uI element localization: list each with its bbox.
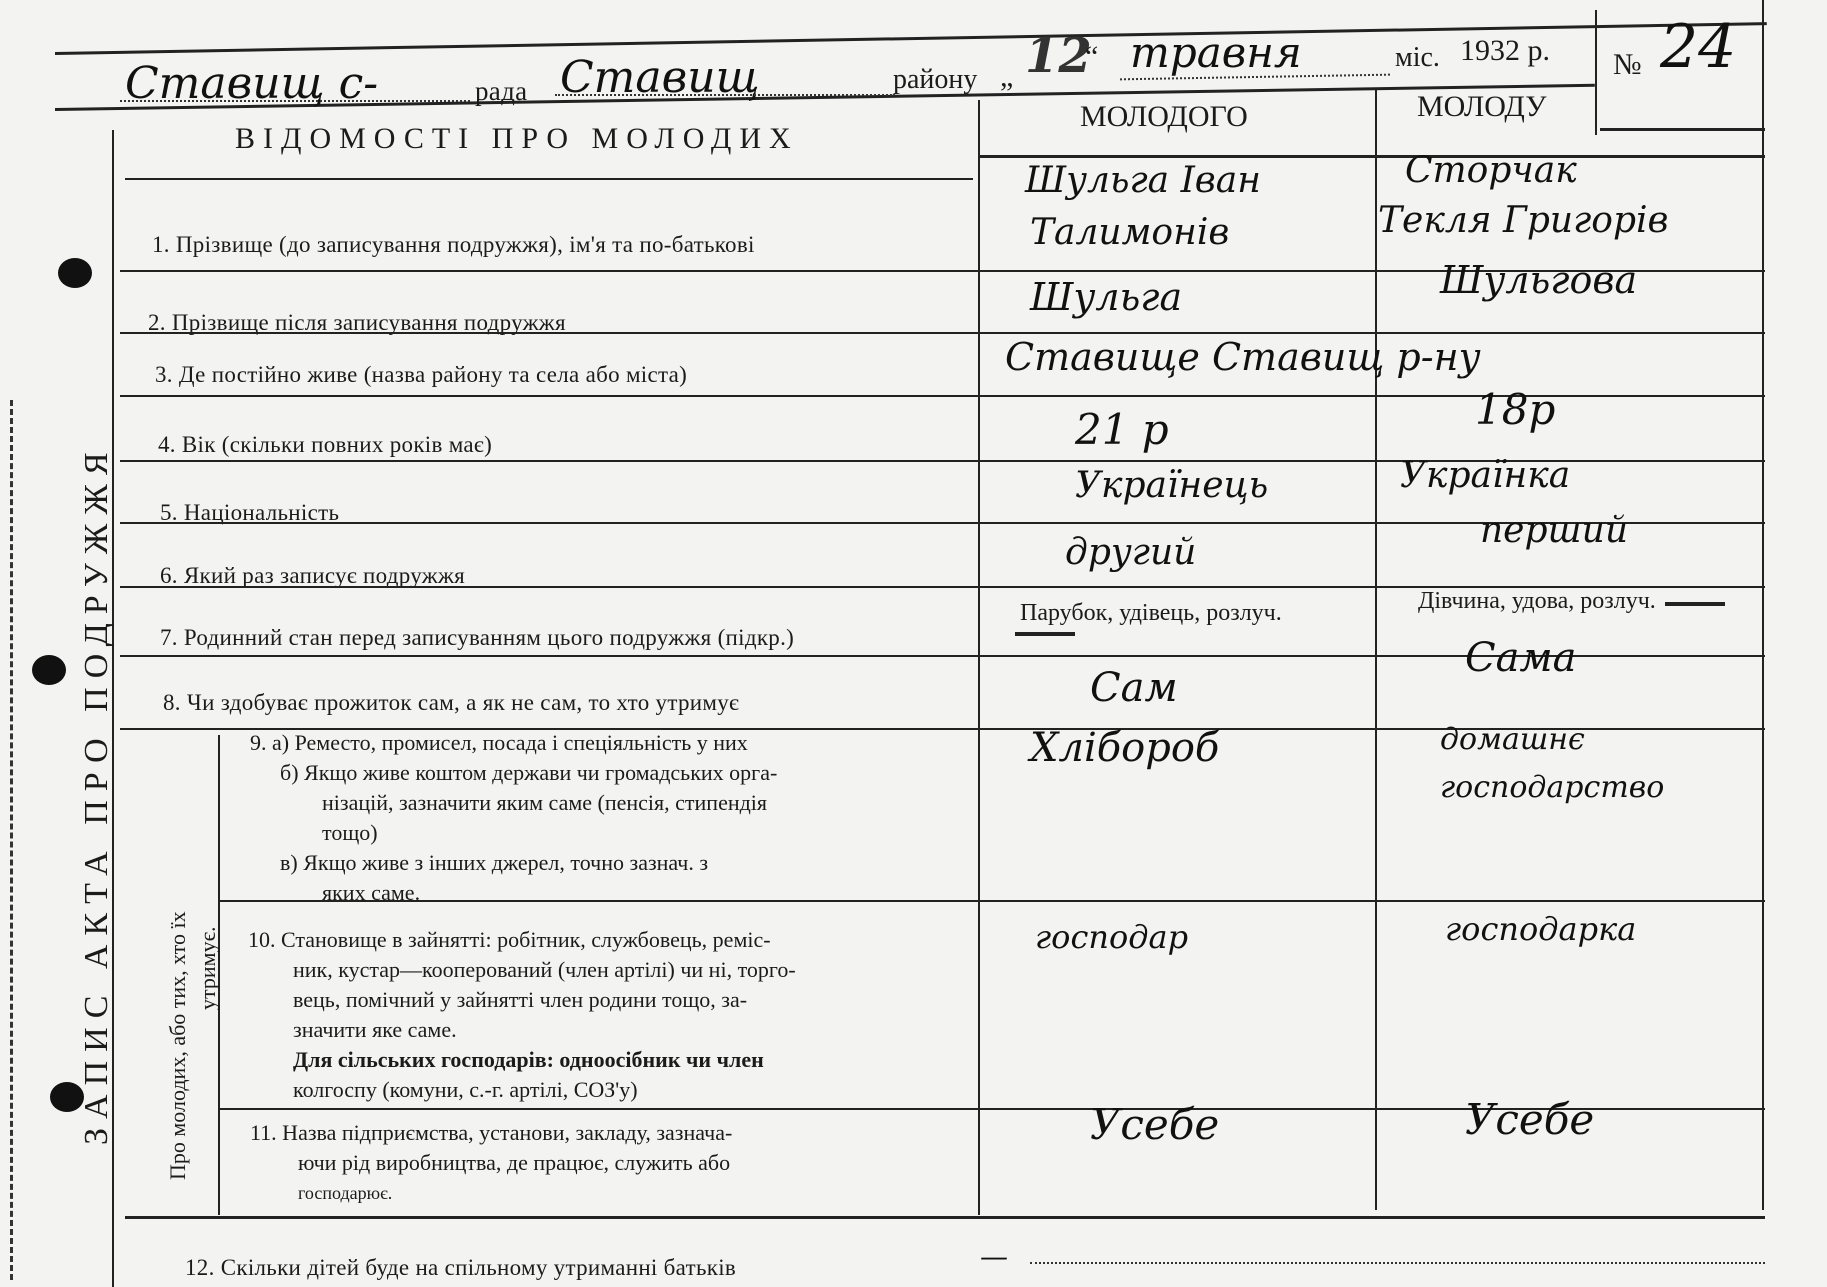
row-3-label: 3. Де постійно живе (назва району та сел…: [155, 362, 687, 388]
bride-marriage-count: перший: [1480, 510, 1628, 551]
row-10-line: вець, помічний у зайнятті член родини то…: [248, 985, 796, 1015]
groom-age: 21 р: [1075, 405, 1169, 454]
row-10-line: 10. Становище в зайнятті: робітник, служ…: [248, 925, 796, 955]
row-9-line: в) Якщо живе з інших джерел, точно зазна…: [250, 848, 777, 878]
groom-name-line1: Шульга Іван: [1025, 160, 1261, 201]
row-9-line: яких саме.: [250, 878, 777, 908]
section-title: ВІДОМОСТІ ПРО МОЛОДИХ: [235, 122, 799, 156]
groom-surname-after: Шульга: [1030, 275, 1182, 319]
form-right-border: [1762, 0, 1764, 1210]
bride-name-line1: Сторчак: [1405, 150, 1577, 191]
bride-occupation-line1: домашнє: [1440, 722, 1585, 757]
row-9-line: тощо): [250, 818, 777, 848]
close-quote: “: [1085, 40, 1098, 74]
record-number-value: 24: [1660, 12, 1736, 82]
groom-marital-status: Парубок, удівець, розлуч.: [1020, 600, 1282, 627]
group-label-line1: Про молодих, або тих, хто їх: [165, 911, 191, 1180]
groom-occupation: Хлібороб: [1030, 725, 1219, 771]
bride-employment-status: господарка: [1445, 910, 1636, 948]
row-10-line: значити яке саме.: [248, 1015, 796, 1045]
month-label: міс.: [1395, 42, 1440, 74]
row-10-line: ник, кустар—кооперований (член артілі) ч…: [248, 955, 796, 985]
groom-nationality: Українець: [1075, 465, 1268, 506]
punch-hole: [58, 258, 92, 288]
row-11-rule: [125, 1216, 1765, 1219]
row-9-label: 9. а) Реместо, промисел, посада і спеція…: [250, 728, 777, 908]
row-11-line: 11. Назва підприємства, установи, заклад…: [250, 1118, 732, 1148]
row-12-value: —: [980, 1240, 1008, 1273]
groom-residence: Ставище Ставищ р-ну: [1005, 335, 1481, 379]
row-2-rule: [120, 332, 1765, 334]
side-title: ЗАПИС АКТА ПРО ПОДРУЖЖЯ: [78, 443, 116, 1145]
groom-status-underline: [1015, 632, 1075, 636]
day-value: 12: [1025, 28, 1092, 84]
bride-name-line2: Текля Григорів: [1378, 200, 1668, 241]
number-box-bottom: [1600, 128, 1765, 131]
row-12-dotted-line: [1030, 1262, 1765, 1264]
groom-employment-status: господар: [1035, 918, 1188, 956]
bride-column-left-border: [1375, 90, 1377, 1210]
perforation-edge: [10, 400, 16, 1280]
row-12-label: 12. Скільки дітей буде на спільному утри…: [185, 1255, 736, 1281]
group-label-line2: утримує.: [195, 926, 221, 1010]
number-label: №: [1613, 48, 1642, 82]
punch-hole: [32, 655, 66, 685]
groom-marriage-count: другий: [1065, 532, 1196, 573]
row-9-line: б) Якщо живе коштом держави чи громадськ…: [250, 758, 777, 788]
rada-label: рада: [475, 76, 527, 107]
row-11-label: 11. Назва підприємства, установи, заклад…: [250, 1118, 732, 1208]
district-dotted-line: [555, 94, 895, 96]
bride-status-underline: [1665, 602, 1725, 606]
row-9-line: нізацій, зазначити яким саме (пенсія, ст…: [250, 788, 777, 818]
bride-age: 18р: [1475, 385, 1555, 434]
row-11-line: ючи рід виробництва, де працює, служить …: [250, 1148, 732, 1178]
row-4-label: 4. Вік (скільки повних років має): [158, 432, 492, 458]
row-7-label: 7. Родинний стан перед записуванням цьог…: [160, 625, 794, 651]
bride-self-support: Сама: [1465, 635, 1576, 681]
number-box-divider: [1595, 10, 1597, 135]
row-11-line: господарює.: [250, 1178, 732, 1208]
district-label: району: [893, 64, 977, 96]
row-10-label: 10. Становище в зайнятті: робітник, служ…: [248, 925, 796, 1105]
row-9-line: 9. а) Реместо, промисел, посада і спеція…: [250, 728, 777, 758]
row-10-line: колгоспу (комуни, с.-г. артілі, СОЗ'у): [248, 1075, 796, 1105]
row-9-rule: [220, 900, 1765, 902]
bride-workplace: Усебе: [1465, 1095, 1594, 1144]
column-header-bride: МОЛОДУ: [1417, 90, 1546, 124]
section-title-rule: [125, 178, 973, 180]
column-header-groom: МОЛОДОГО: [1080, 100, 1248, 134]
open-quote: „: [1000, 60, 1013, 94]
groom-name-line2: Талимонів: [1030, 212, 1229, 253]
bride-nationality: Українка: [1400, 455, 1570, 496]
village-council-dotted-line: [120, 100, 470, 102]
groom-column-left-border: [978, 100, 980, 1215]
row-1-label: 1. Прізвище (до записування подружжя), і…: [152, 232, 755, 258]
bride-occupation-line2: господарство: [1440, 770, 1664, 805]
row-10-line: Для сільських господарів: одноосібник чи…: [248, 1045, 796, 1075]
bride-surname-after: Шульгова: [1440, 258, 1637, 302]
column-header-rule: [980, 155, 1765, 158]
groom-workplace: Усебе: [1090, 1100, 1219, 1149]
year-value: 1932 р.: [1460, 34, 1550, 68]
bride-marital-status: Дівчина, удова, розлуч.: [1418, 588, 1656, 615]
row-8-label: 8. Чи здобуває прожиток сам, а як не сам…: [163, 690, 739, 716]
groom-self-support: Сам: [1090, 665, 1178, 711]
month-value: травня: [1130, 28, 1302, 77]
